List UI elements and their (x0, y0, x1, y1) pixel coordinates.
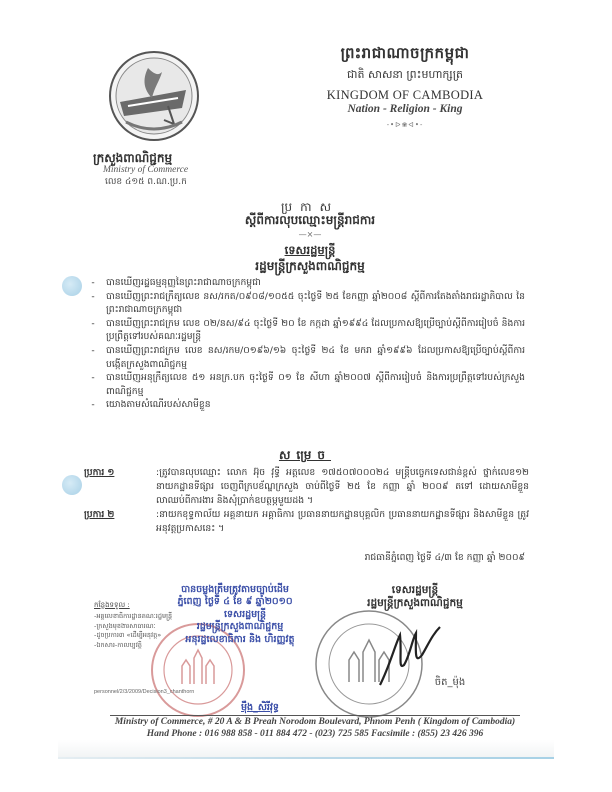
article-label: ប្រការ ២ (84, 509, 114, 520)
articles-list: ប្រការ ១ :ត្រូវបានលុបឈ្មោះ លោក អ៊ុច វុទ្… (84, 466, 529, 536)
article-text: :នាយកខុទ្ទកាល័យ អគ្គនាយក អគ្គាធិការ ប្រធ… (156, 508, 529, 536)
signatory-name: ចិត_ម៉ុង (410, 675, 490, 690)
ornament-divider: -•ᐅ❀ᐊ•- (340, 121, 470, 129)
scan-edge (58, 740, 554, 757)
consideration-item: -បានឃើញព្រះរាជក្រឹត្យលេខ នស/រកត/០៩០៨/១០៥… (80, 290, 525, 317)
article-label: ប្រការ ១ (84, 467, 114, 478)
cc-heading: កន្លែងទទួល : (94, 601, 130, 611)
title-separator: —×— (270, 230, 350, 239)
footer-rule (110, 715, 520, 716)
cc-item: -ឯកសារ-កាលប្បវត្តិ (94, 641, 172, 651)
kingdom-title-kh: ព្រះរាជាណាចក្រកម្ពុជា (290, 44, 520, 66)
article-2: ប្រការ ២ :នាយកខុទ្ទកាល័យ អគ្គនាយក អគ្គាធ… (84, 508, 529, 536)
kingdom-title-en: KINGDOM OF CAMBODIA (290, 88, 520, 103)
considerations-list: -បានឃើញរដ្ឋធម្មនុញ្ញនៃព្រះរាជាណាចក្រកម្ព… (80, 276, 525, 412)
issuer-title-line2: រដ្ឋមន្ត្រីក្រសួងពាណិជ្ជកម្ម (180, 258, 440, 276)
ministry-name-en: Ministry of Commerce (103, 165, 213, 175)
cc-item: -អគ្គលេខាធិការដ្ឋានគណៈរដ្ឋមន្ត្រី (94, 612, 172, 622)
scan-edge-line (58, 757, 554, 759)
consideration-item: -បានឃើញអនុក្រឹត្យលេខ ៥១ អនក្រ.បក ចុះថ្ងៃ… (80, 371, 525, 398)
cc-list: -អគ្គលេខាធិការដ្ឋានគណៈរដ្ឋមន្ត្រី -ក្រសួ… (94, 612, 172, 650)
certified-copy-title2: រដ្ឋមន្ត្រីក្រសួងពាណិជ្ជកម្ម (165, 620, 315, 634)
date-line: រាជធានីភ្នំពេញ ថ្ងៃទី ៤/៣ ខែ កញ្ញា ឆ្នាំ… (310, 552, 525, 565)
certified-copy-title3: អនុរដ្ឋលេខាធិការ និង ហិរញ្ញវត្ថុ (160, 633, 320, 647)
motto-en: Nation - Religion - King (290, 103, 520, 115)
file-path: personnel/2/3/2009/Decision3_chanthorn (94, 689, 194, 695)
consideration-item: -យោងតាមសំណើរបស់សាមីខ្លួន (80, 398, 525, 412)
decision-heading: សម្រេច (240, 447, 370, 465)
consideration-item: -បានឃើញរដ្ឋធម្មនុញ្ញនៃព្រះរាជាណាចក្រកម្ព… (80, 276, 525, 290)
article-text: :ត្រូវបានលុបឈ្មោះ លោក អ៊ុច វុទ្ធី អត្តលេ… (156, 466, 529, 508)
motto-kh: ជាតិ សាសនា ព្រះមហាក្សត្រ (290, 68, 520, 84)
document-subject: ស្តីពីការលុបឈ្មោះមន្ត្រីរាជការ (180, 212, 440, 230)
footer-contacts: Hand Phone : 016 988 858 - 011 884 472 -… (100, 729, 530, 739)
article-1: ប្រការ ១ :ត្រូវបានលុបឈ្មោះ លោក អ៊ុច វុទ្… (84, 466, 529, 508)
cc-item: -ដូចប្រការ៣ «ដើម្បីអនុវត្ត» (94, 631, 172, 641)
punch-hole-icon (62, 276, 82, 296)
ministry-logo-icon (108, 50, 200, 142)
consideration-item: -បានឃើញព្រះរាជក្រម លេខ ០២/នស/៩៤ ចុះថ្ងៃទ… (80, 317, 525, 344)
cc-item: -ក្រសួងមុខងារសាធារណៈ (94, 622, 172, 632)
certified-copy-date: ភ្នំពេញ ថ្ងៃទី ៤ ខែ ៩ ឆ្នាំ២០១០ (160, 595, 310, 609)
footer-address: Ministry of Commerce, # 20 A & B Preah N… (100, 717, 530, 727)
consideration-item: -បានឃើញព្រះរាជក្រម លេខ នស/រកម/០១៩៦/១៦ ចុ… (80, 344, 525, 371)
reference-number: លេខ ៤១៥ ព.ណ.ប្រ.ក (105, 176, 187, 189)
certified-copy-signer: ម៉ឹង_សិរីវុទ្ធ (225, 701, 295, 715)
document-page: ក្រសួងពាណិជ្ជកម្ម Ministry of Commerce ល… (0, 0, 612, 792)
punch-hole-icon (62, 475, 82, 495)
